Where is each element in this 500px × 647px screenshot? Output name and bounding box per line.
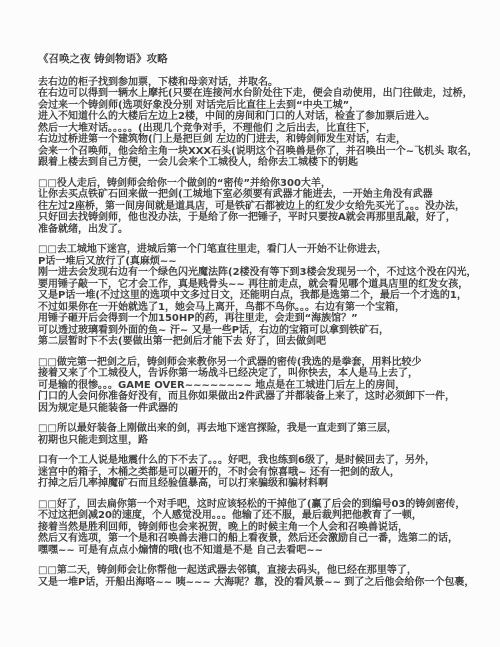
text-line: 用锤子砸开后会得到一个加150HP的药，再往里走，会走到“海族馆？”	[38, 313, 472, 325]
text-line: 嘿嘿~~ 可是有点点小煽情的哦(也不知道是不是 自己去看吧~~	[38, 545, 472, 557]
text-line: 跟着上楼去到自己方便，一会儿会来个工城役人，给你去工城楼下的钥匙	[38, 157, 472, 169]
text-line: 会来一个召唤师，他会给主角一块XXX石头(说明这个召唤兽是你了，并召唤出一个~飞…	[38, 146, 472, 158]
text-line: □□第二天，铸剑师会让你帮他一起送武器去邻镇，直接去码头，他已经在那里等了，	[38, 565, 472, 577]
paragraph: □□役人走后，铸剑师会给你一个做剑的“密传”并给你300大羊，让你去买点铁矿石回…	[38, 178, 472, 236]
text-line: □□去工城地下迷宫，进城后第一个门笔直往里走，看门人一开始不让你进去，	[38, 244, 472, 256]
paragraph: □□做完第一把剑之后，铸剑师会来教你另一个武器的密传(我选的是拳套，用料比较少接…	[38, 357, 472, 415]
paragraph: 去右边的柜子找到参加票，下楼和母亲对话，并取名。在右边可以得到一辆水上摩托(只要…	[38, 77, 472, 169]
text-line: 往左过2座桥，第一间房间就是道具店，可是铁矿石都被边上的红发少女给先买光了。。。…	[38, 201, 472, 213]
text-line: 可以透过玻璃看到外面的鱼~ 汗~ 又是一些P话，右边的宝箱可以拿到铁矿石，	[38, 325, 472, 337]
text-line: 又是P话一堆(不过这里的选项中文多过日文，还能明白点，我都是选第二个，最后一个才…	[38, 290, 472, 302]
paragraph: 口有一个工人说是地震什么的下不去了。。。好吧，我也练到6级了，是时候回去了，另外…	[38, 455, 472, 490]
text-line: □□做完第一把剑之后，铸剑师会来教你另一个武器的密传(我选的是拳套，用料比较少	[38, 357, 472, 369]
text-line: □□役人走后，铸剑师会给你一个做剑的“密传”并给你300大羊，	[38, 178, 472, 190]
paragraph: □□好了，回去扁你第一个对手吧，这时应该轻松的干掉他了(赢了后会的到编号03的铸…	[38, 499, 472, 557]
text-line: □□好了，回去扁你第一个对手吧，这时应该轻松的干掉他了(赢了后会的到编号03的铸…	[38, 499, 472, 511]
text-line: 然后又有选项，第一个是和召唤兽去港口的船上看夜景，然后还会激励自己一番，选第二的…	[38, 533, 472, 545]
text-line: 刚一进去会发现右边有一个绿色闪光魔法阵(2楼没有等下到3楼会发现另一个，不过这个…	[38, 267, 472, 279]
paragraph: □□去工城地下迷宫，进城后第一个门笔直往里走，看门人一开始不让你进去，P话一堆后…	[38, 244, 472, 348]
text-line: 接着当然是胜利回师，铸剑师也会来祝贺，晚上的时候主角一个人会和召唤兽说话，	[38, 522, 472, 534]
text-line: 去右边的柜子找到参加票，下楼和母亲对话，并取名。	[38, 77, 472, 89]
text-line: 迷宫中的箱子，木桶之类都是可以砸开的，不时会有惊喜哦~ 还有一把剑的敌人，	[38, 467, 472, 479]
document-title: 《召唤之夜 铸剑物语》攻略	[38, 54, 472, 66]
text-line: 准备就绪，出发了。	[38, 224, 472, 236]
text-line: 门口的人会问你准备好没有，而且你如果做出2件武器了并都装备上来了，这时必须卸下一…	[38, 391, 472, 403]
text-line: P话一堆后又放行了(真麻烦~~	[38, 256, 472, 268]
paragraph: □□第二天，铸剑师会让你帮他一起送武器去邻镇，直接去码头，他已经在那里等了，又是…	[38, 565, 472, 588]
text-line: 只好回去找铸剑师，他也没办法，于是给了你一把锤子，平时只要按A就会再那里乱敲，好…	[38, 212, 472, 224]
text-line: 打掉之后几率掉魔矿石而且经验值暴高，可以打来骗级和骗材料啊	[38, 478, 472, 490]
text-line: 在右边可以得到一辆水上摩托(只要在连接河水台阶处往下走，便会自动使用，出门往做走…	[38, 88, 472, 100]
text-line: 让你去买点铁矿石回来做一把剑(工城地下室必须要有武器才能进去，一开始主角没有武器	[38, 189, 472, 201]
text-line: 右边过桥进第一个建筑物(门上是把巨剑 左边的门进去，和铸剑师发生对话，右走，	[38, 134, 472, 146]
text-line: 又是一堆P话，开船出海咯~~ 咦~~~ 大海呢？靠，没的看风景~~ 到了之后他会…	[38, 577, 472, 589]
text-line: 第二层暂时下不去(要做出第一把剑后才能下去 好了，回去做剑吧	[38, 336, 472, 348]
text-line: 然后一大堆对话。。。。。(出现几个竞争对手，不理他们 之后出去，比直往下，	[38, 123, 472, 135]
text-line: 因为规定是只能装备一件武器的	[38, 403, 472, 415]
text-line: 初期也只能走到这里，路	[38, 435, 472, 447]
text-line: 可是输的很惨。。。GAME OVER~~~~~~~~ 地点是在工城进门后左上的房…	[38, 380, 472, 392]
text-line: 口有一个工人说是地震什么的下不去了。。。好吧，我也练到6级了，是时候回去了，另外…	[38, 455, 472, 467]
document-body: 去右边的柜子找到参加票，下楼和母亲对话，并取名。在右边可以得到一辆水上摩托(只要…	[38, 77, 472, 589]
document-page: 《召唤之夜 铸剑物语》攻略 去右边的柜子找到参加票，下楼和母亲对话，并取名。在右…	[0, 0, 500, 647]
text-line: □□所以最好装备上刚做出来的剑，再去地下迷宫探险，我是一直走到了第三层，	[38, 423, 472, 435]
text-line: 要用锤子敲一下，它才会工作，真是贱骨头~~ 再往前走点，就会看见哪个道具店里的红…	[38, 279, 472, 291]
paragraph: □□所以最好装备上刚做出来的剑，再去地下迷宫探险，我是一直走到了第三层，初期也只…	[38, 423, 472, 446]
text-line: 接着又来了个工城役人，告诉你第一场战斗已经决定了，叫你快去，本人是马上去了，	[38, 368, 472, 380]
text-line: 不过如果你在一开始就选了1，她会马上离开，鸟都不鸟你。。。右边有第一个宝箱，	[38, 302, 472, 314]
text-line: 不过这把剑减20的速度，个人感觉没用。。。他输了还不服，最后裁判把他教育了一顿，	[38, 510, 472, 522]
text-line: 进入不知道什么的大楼后左边上2楼，中间的房间和门口的人对话，检查了参加票后进入。	[38, 111, 472, 123]
text-line: 会过来一个铸剑师(选项好象没分别 对话完后比直往上去到“中央工城”，	[38, 100, 472, 112]
